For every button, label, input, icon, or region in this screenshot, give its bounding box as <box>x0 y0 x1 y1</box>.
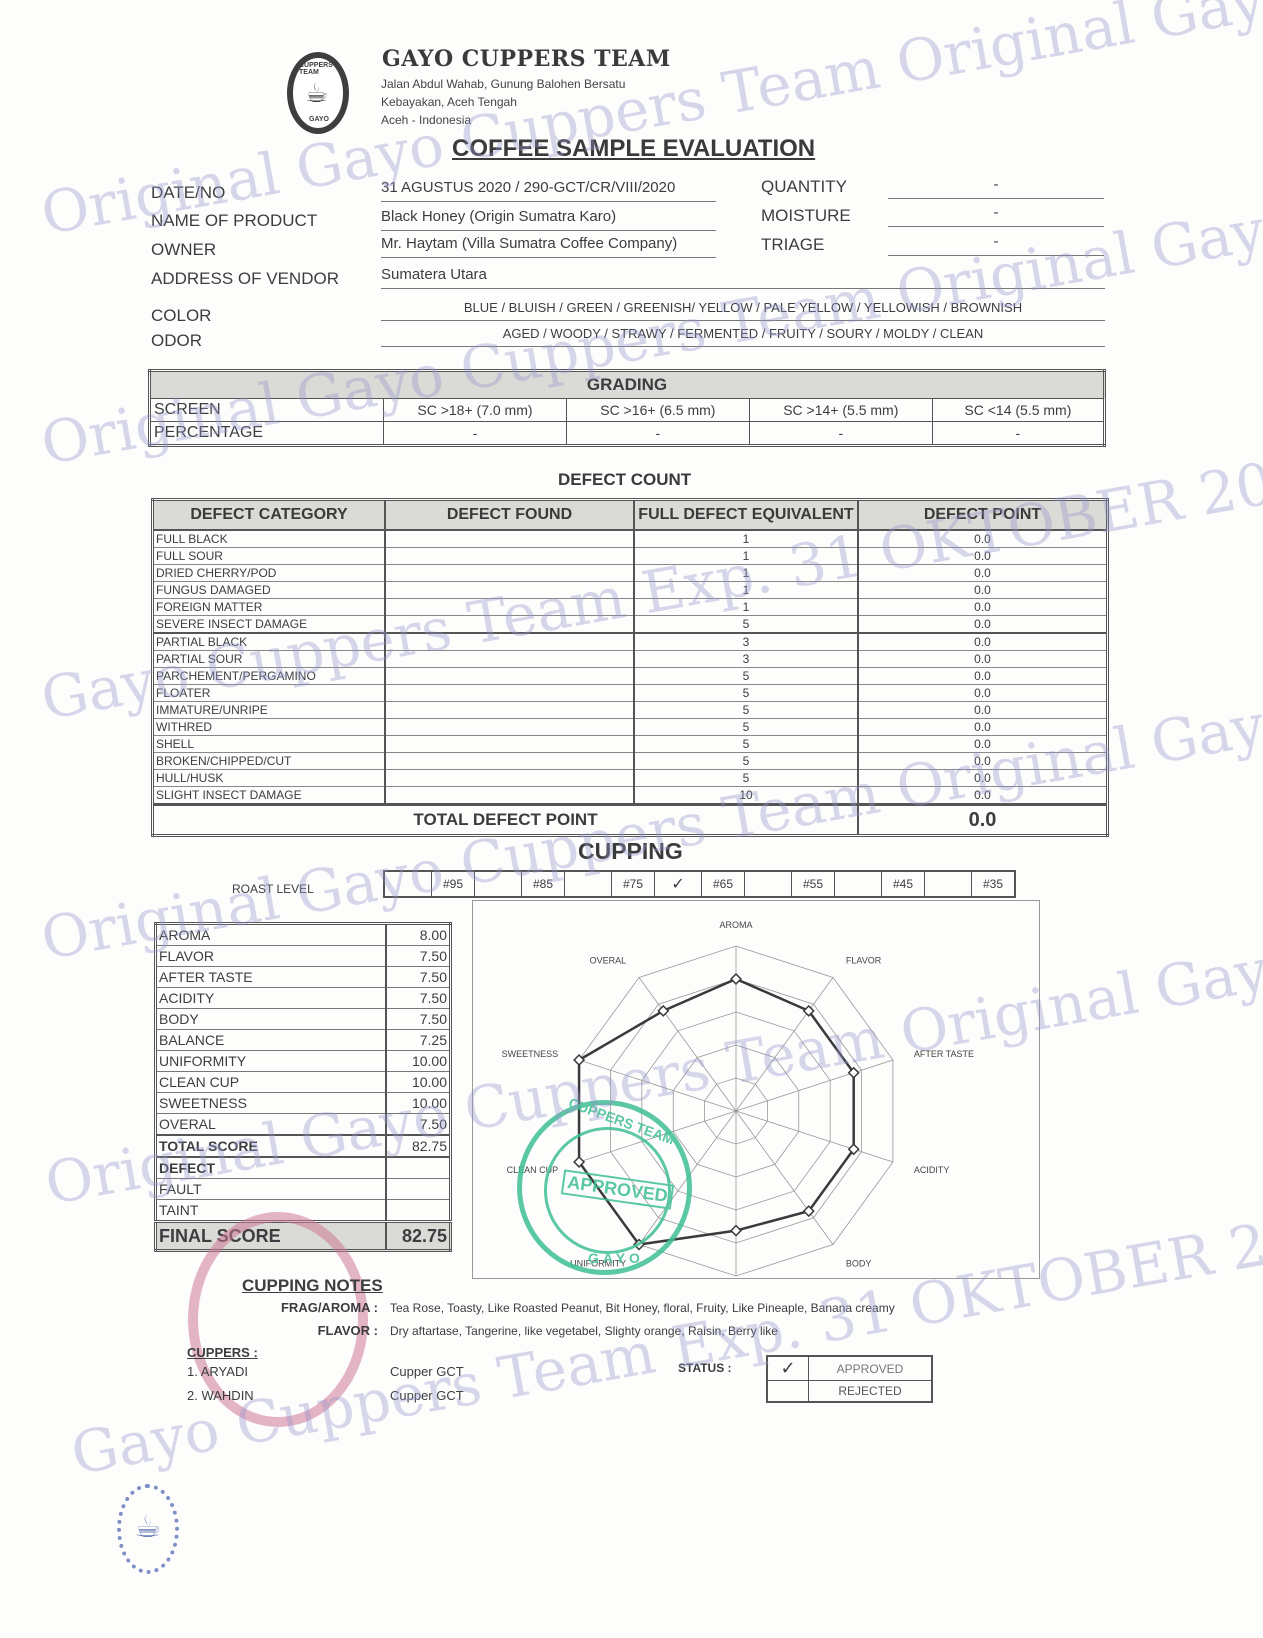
defect-category: BROKEN/CHIPPED/CUT <box>153 753 386 770</box>
svg-text:ACIDITY: ACIDITY <box>914 1165 950 1175</box>
address-line: Jalan Abdul Wahab, Gunung Balohen Bersat… <box>381 75 625 93</box>
roast-level-label: #35 <box>972 871 1016 897</box>
defect-found <box>385 616 634 634</box>
defect-found <box>385 582 634 599</box>
total-score-value: 82.75 <box>386 1135 451 1157</box>
score-row: SWEETNESS10.00 <box>156 1093 451 1114</box>
cuppers-label: CUPPERS : <box>187 1345 258 1360</box>
percentage-label: PERCENTAGE <box>150 422 384 446</box>
defect-category: FLOATER <box>153 685 386 702</box>
deduction-value <box>386 1157 451 1179</box>
address-label: ADDRESS OF VENDOR <box>151 269 339 289</box>
defect-found <box>385 736 634 753</box>
roast-level-label: #85 <box>522 871 565 897</box>
roast-level-label: #75 <box>612 871 655 897</box>
full-defect-equivalent: 5 <box>634 668 858 685</box>
quantity-label: QUANTITY <box>761 177 847 197</box>
attribute-label: SWEETNESS <box>156 1093 387 1114</box>
defect-point: 0.0 <box>858 702 1108 719</box>
attribute-score: 7.25 <box>386 1030 451 1051</box>
percentage-value: - <box>749 422 932 446</box>
attribute-score: 10.00 <box>386 1093 451 1114</box>
rejected-option: REJECTED <box>809 1381 933 1403</box>
defect-found <box>385 685 634 702</box>
roast-level-label: #65 <box>702 871 745 897</box>
triage-value: - <box>888 233 1104 256</box>
owner-value: Mr. Haytam (Villa Sumatra Coffee Company… <box>381 235 716 258</box>
attribute-label: BALANCE <box>156 1030 387 1051</box>
address-line: Aceh - Indonesia <box>381 111 625 129</box>
bottom-coffee-logo: ☕ <box>117 1484 179 1574</box>
cupping-title: CUPPING <box>578 838 683 865</box>
defect-row: WITHRED50.0 <box>153 719 1108 736</box>
percentage-value: - <box>566 422 749 446</box>
defect-point: 0.0 <box>858 616 1108 634</box>
svg-text:FLAVOR: FLAVOR <box>846 956 882 966</box>
odor-label: ODOR <box>151 331 202 351</box>
percentage-row: PERCENTAGE - - - - <box>150 422 1105 446</box>
coffee-cup-icon: ☕ <box>135 1511 162 1544</box>
defect-found <box>385 770 634 787</box>
defect-row: IMMATURE/UNRIPE50.0 <box>153 702 1108 719</box>
status-table: ✓ APPROVED REJECTED <box>766 1355 933 1403</box>
owner-label: OWNER <box>151 240 216 260</box>
defect-found <box>385 753 634 770</box>
product-value: Black Honey (Origin Sumatra Karo) <box>381 208 716 231</box>
attribute-score: 10.00 <box>386 1051 451 1072</box>
roast-level-scale: #95#85#75✓#65#55#45#35 <box>383 870 1016 898</box>
percentage-value: - <box>384 422 567 446</box>
defect-category: PARCHEMENT/PERGAMINO <box>153 668 386 685</box>
screen-size: SC >14+ (5.5 mm) <box>749 399 932 422</box>
score-row: FLAVOR7.50 <box>156 946 451 967</box>
defect-point: 0.0 <box>858 565 1108 582</box>
full-defect-equivalent: 5 <box>634 770 858 787</box>
defect-row: FUNGUS DAMAGED10.0 <box>153 582 1108 599</box>
grading-table: GRADING SCREEN SC >18+ (7.0 mm) SC >16+ … <box>148 369 1106 447</box>
defect-category: SHELL <box>153 736 386 753</box>
defect-row: FULL SOUR10.0 <box>153 548 1108 565</box>
screen-label: SCREEN <box>150 399 384 422</box>
color-label: COLOR <box>151 306 211 326</box>
address-value: Sumatera Utara <box>381 266 1105 289</box>
screen-size: SC >16+ (6.5 mm) <box>566 399 749 422</box>
defect-row: SHELL50.0 <box>153 736 1108 753</box>
quantity-value: - <box>888 176 1104 199</box>
defect-category: SLIGHT INSECT DAMAGE <box>153 787 386 805</box>
defect-found <box>385 702 634 719</box>
percentage-value: - <box>932 422 1104 446</box>
defect-row: SLIGHT INSECT DAMAGE100.0 <box>153 787 1108 805</box>
defect-point: 0.0 <box>858 582 1108 599</box>
roast-level-box[interactable] <box>565 871 612 897</box>
score-row: BALANCE7.25 <box>156 1030 451 1051</box>
defect-row: HULL/HUSK50.0 <box>153 770 1108 787</box>
roast-level-label: #45 <box>882 871 925 897</box>
odor-options: AGED / WOODY / STRAWY / FERMENTED / FRUI… <box>381 326 1105 347</box>
attribute-label: BODY <box>156 1009 387 1030</box>
deduction-label: FAULT <box>156 1179 387 1200</box>
svg-text:SWEETNESS: SWEETNESS <box>502 1049 559 1059</box>
full-defect-equivalent: 5 <box>634 753 858 770</box>
svg-text:AROMA: AROMA <box>719 920 752 930</box>
cupper-role: Cupper GCT <box>390 1364 464 1379</box>
gayo-cuppers-logo: CUPPERS TEAM ☕ GAYO <box>287 52 349 134</box>
deduction-value <box>386 1200 451 1222</box>
defect-found <box>385 668 634 685</box>
defect-category: SEVERE INSECT DAMAGE <box>153 616 386 634</box>
color-options: BLUE / BLUISH / GREEN / GREENISH/ YELLOW… <box>381 300 1105 321</box>
aroma-note-label: FRAG/AROMA : <box>268 1300 378 1315</box>
attribute-score: 7.50 <box>386 988 451 1009</box>
defect-row: PARTIAL SOUR30.0 <box>153 651 1108 668</box>
grading-title: GRADING <box>150 371 1105 399</box>
defect-point: 0.0 <box>858 787 1108 805</box>
defect-found <box>385 548 634 565</box>
attribute-label: ACIDITY <box>156 988 387 1009</box>
flavor-note-text: Dry aftartase, Tangerine, like vegetabel… <box>390 1324 778 1338</box>
cupping-notes-title: CUPPING NOTES <box>242 1276 383 1296</box>
cupper-role: Cupper GCT <box>390 1388 464 1403</box>
total-defect-label: TOTAL DEFECT POINT <box>153 805 859 836</box>
defect-category: FUNGUS DAMAGED <box>153 582 386 599</box>
org-address: Jalan Abdul Wahab, Gunung Balohen Bersat… <box>381 75 625 129</box>
defect-point: 0.0 <box>858 719 1108 736</box>
full-defect-equivalent: 5 <box>634 616 858 634</box>
attribute-score: 7.50 <box>386 967 451 988</box>
defect-table: DEFECT CATEGORY DEFECT FOUND FULL DEFECT… <box>151 498 1109 837</box>
defect-category: HULL/HUSK <box>153 770 386 787</box>
attribute-score: 7.50 <box>386 1009 451 1030</box>
deduction-row: FAULT <box>156 1179 451 1200</box>
col-full-defect-equivalent: FULL DEFECT EQUIVALENT <box>634 500 858 531</box>
attribute-label: AROMA <box>156 924 387 946</box>
score-row: UNIFORMITY10.00 <box>156 1051 451 1072</box>
col-defect-category: DEFECT CATEGORY <box>153 500 386 531</box>
defect-row: FULL BLACK10.0 <box>153 530 1108 548</box>
defect-point: 0.0 <box>858 530 1108 548</box>
flavor-note-label: FLAVOR : <box>268 1323 378 1338</box>
deduction-label: DEFECT <box>156 1157 387 1179</box>
full-defect-equivalent: 1 <box>634 565 858 582</box>
defect-found <box>385 651 634 668</box>
cupping-score-table: AROMA8.00FLAVOR7.50AFTER TASTE7.50ACIDIT… <box>154 922 452 1252</box>
roast-level-box[interactable] <box>745 871 792 897</box>
full-defect-equivalent: 1 <box>634 582 858 599</box>
full-defect-equivalent: 5 <box>634 736 858 753</box>
date-no-value: 31 AGUSTUS 2020 / 290-GCT/CR/VIII/2020 <box>381 179 716 202</box>
cupper-name: 1. ARYADI <box>187 1364 248 1379</box>
deduction-value <box>386 1179 451 1200</box>
defect-row: DRIED CHERRY/POD10.0 <box>153 565 1108 582</box>
attribute-label: FLAVOR <box>156 946 387 967</box>
rejected-checkbox[interactable] <box>767 1381 809 1403</box>
approved-checkbox[interactable]: ✓ <box>767 1356 809 1381</box>
defect-point: 0.0 <box>858 651 1108 668</box>
defect-point: 0.0 <box>858 548 1108 565</box>
defect-category: FULL BLACK <box>153 530 386 548</box>
attribute-label: UNIFORMITY <box>156 1051 387 1072</box>
triage-label: TRIAGE <box>761 235 824 255</box>
defect-category: WITHRED <box>153 719 386 736</box>
defect-category: PARTIAL BLACK <box>153 633 386 651</box>
org-name: GAYO CUPPERS TEAM <box>382 46 671 72</box>
roast-level-box[interactable] <box>925 871 972 897</box>
attribute-score: 7.50 <box>386 946 451 967</box>
aroma-note-text: Tea Rose, Toasty, Like Roasted Peanut, B… <box>390 1301 895 1315</box>
defect-point: 0.0 <box>858 770 1108 787</box>
moisture-label: MOISTURE <box>761 206 851 226</box>
product-label: NAME OF PRODUCT <box>151 211 317 231</box>
full-defect-equivalent: 3 <box>634 651 858 668</box>
defect-found <box>385 565 634 582</box>
defect-found <box>385 530 634 548</box>
roast-level-label: ROAST LEVEL <box>232 882 314 896</box>
defect-row: SEVERE INSECT DAMAGE50.0 <box>153 616 1108 634</box>
attribute-label: CLEAN CUP <box>156 1072 387 1093</box>
full-defect-equivalent: 1 <box>634 530 858 548</box>
full-defect-equivalent: 5 <box>634 685 858 702</box>
full-defect-equivalent: 1 <box>634 548 858 565</box>
roast-level-label: #95 <box>432 871 475 897</box>
coffee-cup-icon: ☕ <box>305 78 328 109</box>
address-line: Kebayakan, Aceh Tengah <box>381 93 625 111</box>
defect-found <box>385 599 634 616</box>
attribute-score: 10.00 <box>386 1072 451 1093</box>
score-row: AFTER TASTE7.50 <box>156 967 451 988</box>
roast-level-box[interactable] <box>475 871 522 897</box>
defect-row: BROKEN/CHIPPED/CUT50.0 <box>153 753 1108 770</box>
defect-category: IMMATURE/UNRIPE <box>153 702 386 719</box>
full-defect-equivalent: 10 <box>634 787 858 805</box>
approved-stamp: CUPPERS TEAM APPROVED GAYO <box>517 1100 692 1275</box>
date-no-label: DATE/NO <box>151 183 225 203</box>
full-defect-equivalent: 5 <box>634 702 858 719</box>
defect-row: FLOATER50.0 <box>153 685 1108 702</box>
roast-level-label: #55 <box>792 871 835 897</box>
screen-row: SCREEN SC >18+ (7.0 mm) SC >16+ (6.5 mm)… <box>150 399 1105 422</box>
full-defect-equivalent: 1 <box>634 599 858 616</box>
total-score-label: TOTAL SCORE <box>156 1135 387 1157</box>
full-defect-equivalent: 3 <box>634 633 858 651</box>
screen-size: SC <14 (5.5 mm) <box>932 399 1104 422</box>
score-row: AROMA8.00 <box>156 924 451 946</box>
full-defect-equivalent: 5 <box>634 719 858 736</box>
defect-found <box>385 719 634 736</box>
svg-text:BODY: BODY <box>846 1258 872 1268</box>
defect-found <box>385 787 634 805</box>
defect-point: 0.0 <box>858 668 1108 685</box>
logo-bottom-text: GAYO <box>309 116 329 123</box>
defect-category: PARTIAL SOUR <box>153 651 386 668</box>
score-row: CLEAN CUP10.00 <box>156 1072 451 1093</box>
final-score-value: 82.75 <box>386 1222 451 1251</box>
defect-row: FOREIGN MATTER10.0 <box>153 599 1108 616</box>
defect-category: FOREIGN MATTER <box>153 599 386 616</box>
total-defect-value: 0.0 <box>858 805 1108 836</box>
score-row: ACIDITY7.50 <box>156 988 451 1009</box>
svg-text:OVERAL: OVERAL <box>590 956 627 966</box>
col-defect-point: DEFECT POINT <box>858 500 1108 531</box>
screen-size: SC >18+ (7.0 mm) <box>384 399 567 422</box>
defect-point: 0.0 <box>858 736 1108 753</box>
defect-row: PARCHEMENT/PERGAMINO50.0 <box>153 668 1108 685</box>
stamp-bottom-text: GAYO <box>588 1250 644 1266</box>
total-score-row: TOTAL SCORE82.75 <box>156 1135 451 1157</box>
attribute-label: OVERAL <box>156 1114 387 1136</box>
total-defect-row: TOTAL DEFECT POINT0.0 <box>153 805 1108 836</box>
defect-point: 0.0 <box>858 599 1108 616</box>
document-title: COFFEE SAMPLE EVALUATION <box>452 135 815 163</box>
approved-option: APPROVED <box>809 1356 933 1381</box>
defect-category: FULL SOUR <box>153 548 386 565</box>
svg-text:AFTER TASTE: AFTER TASTE <box>914 1049 974 1059</box>
deduction-row: DEFECT <box>156 1157 451 1179</box>
score-row: BODY7.50 <box>156 1009 451 1030</box>
defect-category: DRIED CHERRY/POD <box>153 565 386 582</box>
cupper-name: 2. WAHDIN <box>187 1388 254 1403</box>
score-row: OVERAL7.50 <box>156 1114 451 1136</box>
logo-top-text: CUPPERS TEAM <box>299 62 343 76</box>
defect-point: 0.0 <box>858 685 1108 702</box>
roast-level-box[interactable] <box>835 871 882 897</box>
roast-level-box[interactable]: ✓ <box>655 871 702 897</box>
attribute-score: 7.50 <box>386 1114 451 1136</box>
col-defect-found: DEFECT FOUND <box>385 500 634 531</box>
defect-point: 0.0 <box>858 633 1108 651</box>
roast-level-box[interactable] <box>384 871 432 897</box>
defect-found <box>385 633 634 651</box>
defect-row: PARTIAL BLACK30.0 <box>153 633 1108 651</box>
status-label: STATUS : <box>678 1361 732 1375</box>
attribute-label: AFTER TASTE <box>156 967 387 988</box>
defect-count-title: DEFECT COUNT <box>558 470 691 490</box>
attribute-score: 8.00 <box>386 924 451 946</box>
moisture-value: - <box>888 204 1104 227</box>
defect-point: 0.0 <box>858 753 1108 770</box>
